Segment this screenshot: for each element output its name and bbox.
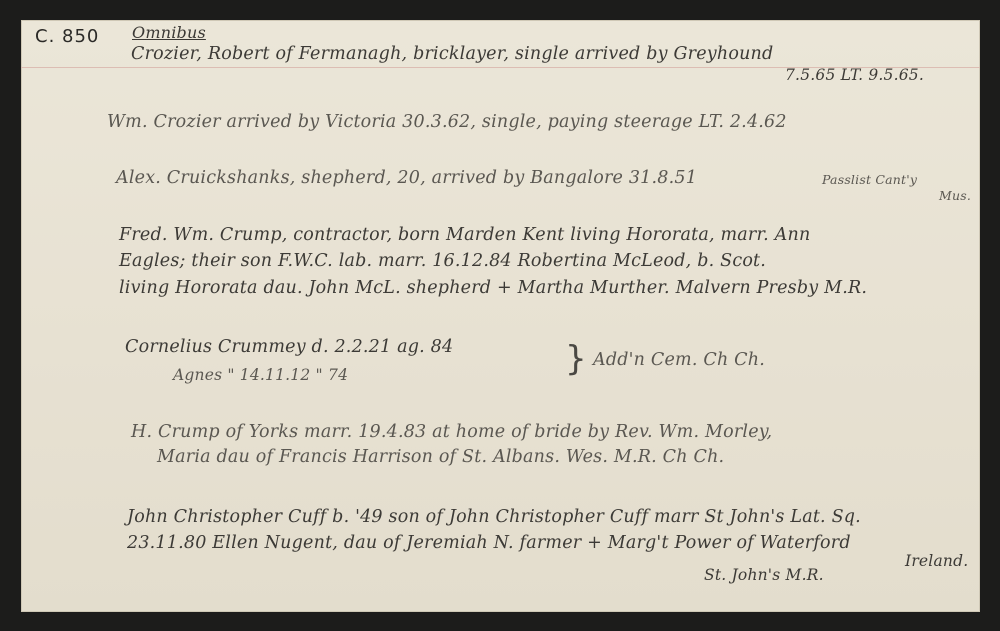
entry-crummey-line-1: Cornelius Crummey d. 2.2.21 ag. 84 <box>125 337 453 357</box>
entry-crump-h-line-1: H. Crump of Yorks marr. 19.4.83 at home … <box>131 422 772 442</box>
entry-crummey-line-2: Agnes " 14.11.12 " 74 <box>173 366 348 384</box>
card-reference: C. 850 <box>35 26 99 47</box>
entry-crump-h-line-2: Maria dau of Francis Harrison of St. Alb… <box>157 447 724 467</box>
index-card: C. 850 Omnibus Crozier, Robert of Ferman… <box>21 20 980 612</box>
card-category: Omnibus <box>132 23 206 42</box>
entry-crozier-wm-line-1: Wm. Crozier arrived by Victoria 30.3.62,… <box>107 112 787 132</box>
entry-crummey-cemetery: Add'n Cem. Ch Ch. <box>593 350 765 370</box>
entry-crump-fred-line-3: living Hororata dau. John McL. shepherd … <box>119 278 867 298</box>
entry-cruickshanks-line-1: Alex. Cruickshanks, shepherd, 20, arrive… <box>116 168 697 188</box>
entry-crozier-robert-line-2: 7.5.65 LT. 9.5.65. <box>785 66 924 84</box>
entry-cruickshanks-source: Passlist Cant'y <box>822 172 917 187</box>
entry-crump-fred-line-1: Fred. Wm. Crump, contractor, born Marden… <box>119 225 810 245</box>
scan-background: C. 850 Omnibus Crozier, Robert of Ferman… <box>0 0 1000 631</box>
entry-crump-fred-line-2: Eagles; their son F.W.C. lab. marr. 16.1… <box>119 251 766 271</box>
entry-cuff-line-2: 23.11.80 Ellen Nugent, dau of Jeremiah N… <box>127 533 851 553</box>
entry-crozier-robert-line-1: Crozier, Robert of Fermanagh, bricklayer… <box>131 44 773 64</box>
entry-cuff-line-3: Ireland. <box>905 552 968 570</box>
entry-cuff-line-1: John Christopher Cuff b. '49 son of John… <box>127 507 861 527</box>
entry-cuff-source: St. John's M.R. <box>704 566 824 584</box>
entry-cruickshanks-source-2: Mus. <box>939 188 971 203</box>
bracket-glyph: } <box>565 342 587 376</box>
